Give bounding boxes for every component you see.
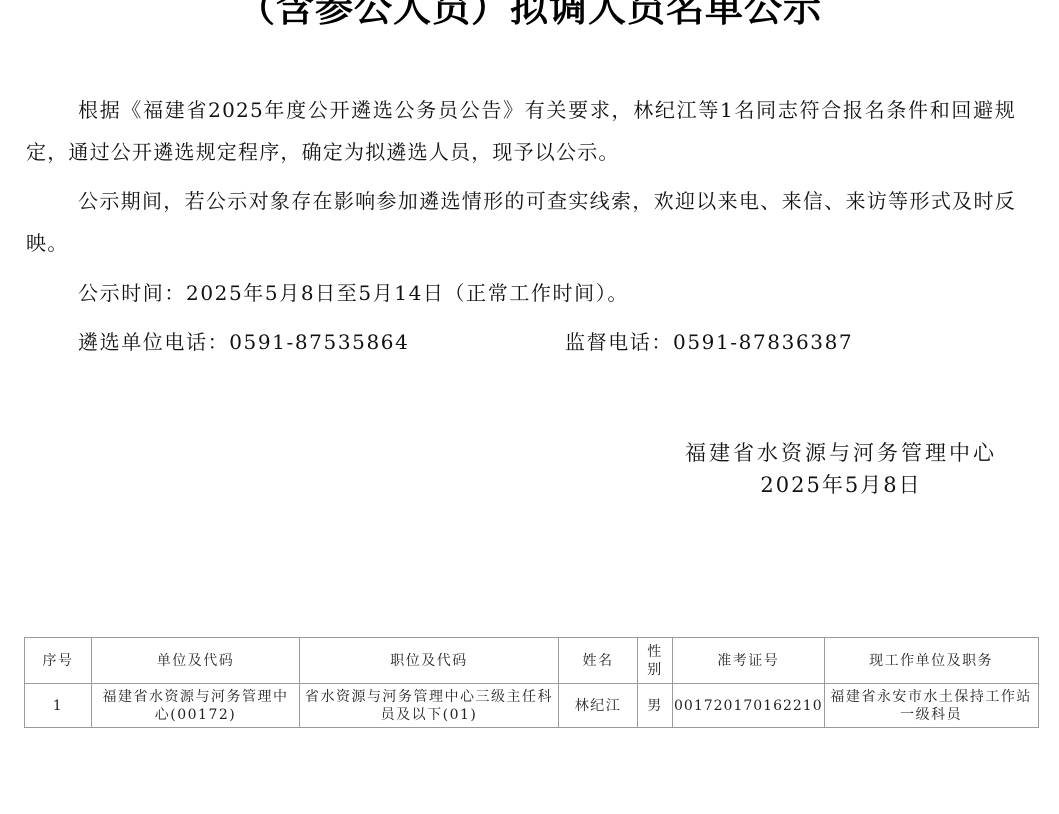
table-header-row: 序号 单位及代码 职位及代码 姓名 性别 准考证号 现工作单位及职务 [25, 638, 1039, 684]
candidate-table: 序号 单位及代码 职位及代码 姓名 性别 准考证号 现工作单位及职务 1 福建省… [24, 637, 1039, 728]
header-current-job: 现工作单位及职务 [824, 638, 1038, 684]
header-name: 姓名 [559, 638, 638, 684]
header-unit: 单位及代码 [92, 638, 300, 684]
cell-position: 省水资源与河务管理中心三级主任科员及以下(01) [300, 684, 559, 728]
header-index: 序号 [25, 638, 92, 684]
header-gender: 性别 [638, 638, 673, 684]
cell-name: 林纪江 [559, 684, 638, 728]
publicity-period: 公示时间：2025年5月8日至5月14日（正常工作时间）。 [78, 278, 629, 308]
signature-organization: 福建省水资源与河务管理中心 [680, 438, 1002, 468]
table-row: 1 福建省水资源与河务管理中心(00172) 省水资源与河务管理中心三级主任科员… [25, 684, 1039, 728]
paragraph-announcement: 根据《福建省2025年度公开遴选公务员公告》有关要求，林纪江等1名同志符合报名条… [26, 89, 1016, 173]
paragraph-feedback: 公示期间，若公示对象存在影响参加遴选情形的可查实线索，欢迎以来电、来信、来访等形… [26, 180, 1016, 264]
cell-gender: 男 [638, 684, 673, 728]
page-title: （含参公人员）拟调人员名单公示 [0, 0, 1059, 34]
cell-unit: 福建省水资源与河务管理中心(00172) [92, 684, 300, 728]
cell-index: 1 [25, 684, 92, 728]
cell-current-job: 福建省永安市水土保持工作站一级科员 [824, 684, 1038, 728]
signature-date: 2025年5月8日 [680, 470, 1002, 500]
unit-phone: 遴选单位电话：0591-87535864 [78, 327, 409, 357]
header-exam-id: 准考证号 [673, 638, 825, 684]
supervision-phone: 监督电话：0591-87836387 [565, 327, 853, 357]
header-position: 职位及代码 [300, 638, 559, 684]
cell-exam-id: 001720170162210 [673, 684, 825, 728]
